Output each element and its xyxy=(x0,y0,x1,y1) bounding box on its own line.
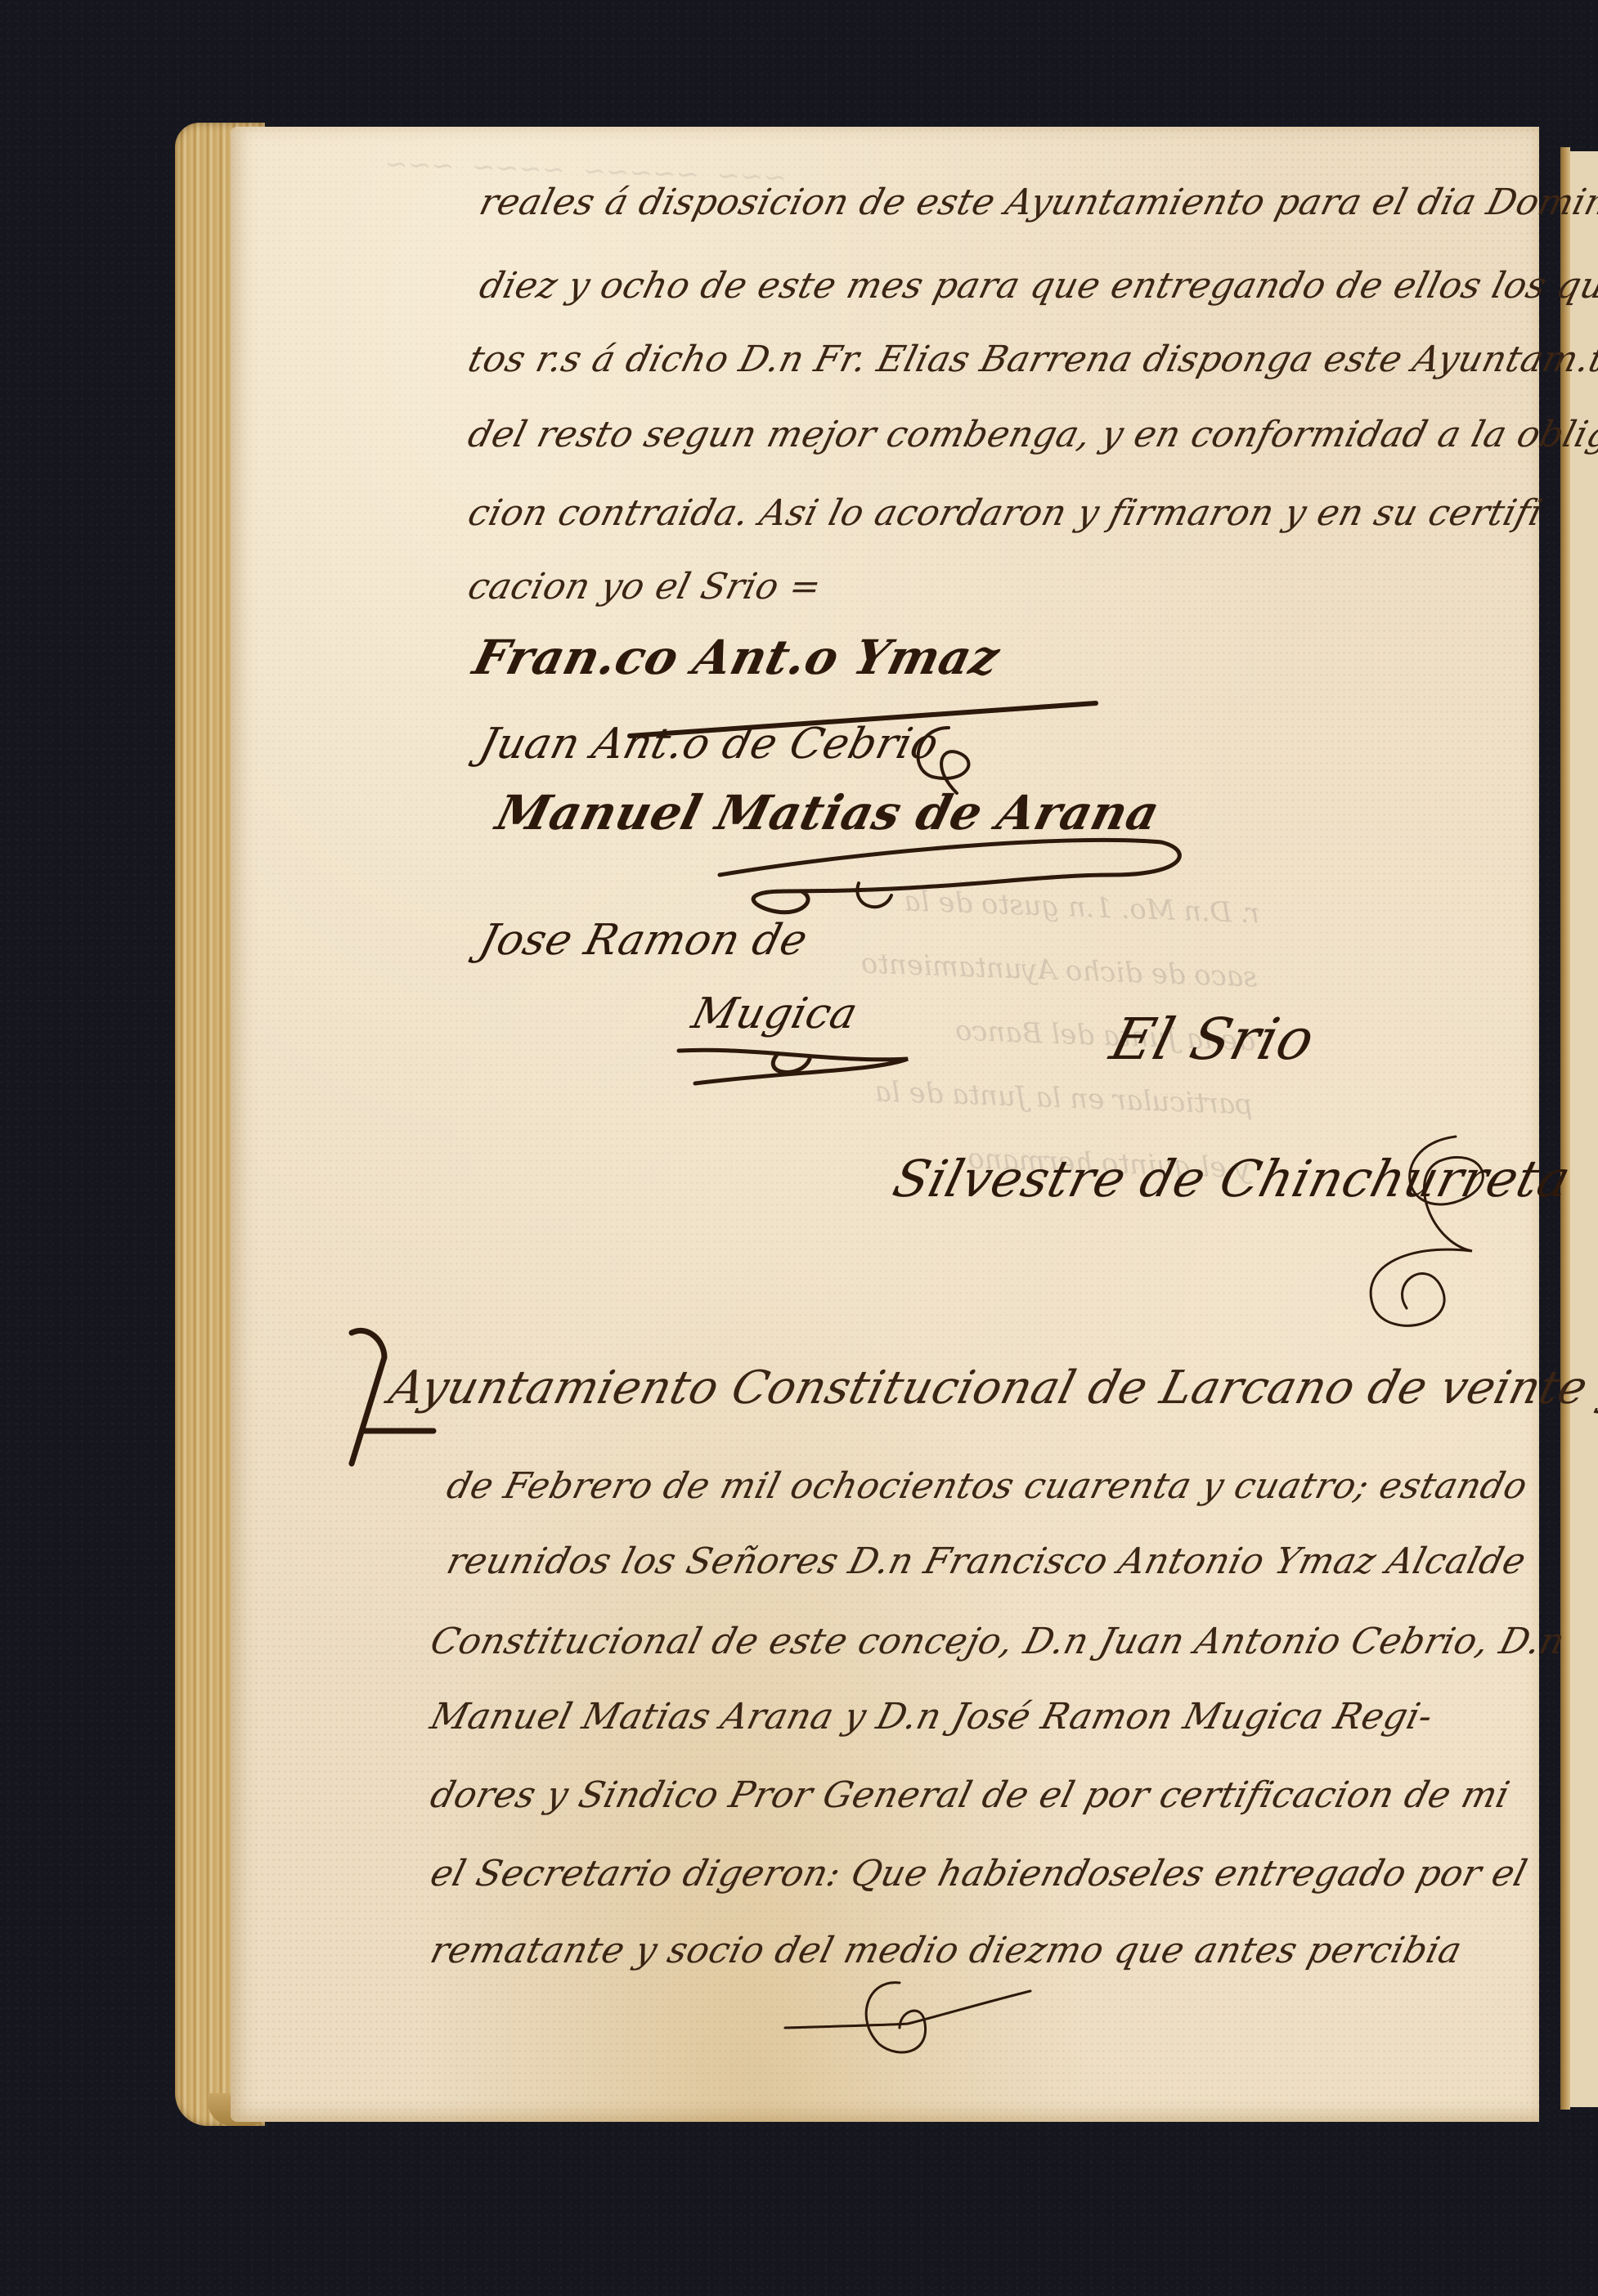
text-line: diez y ocho de este mes para que entrega… xyxy=(474,262,1598,311)
text-line: rematante y socio del medio diezmo que a… xyxy=(425,1926,1467,1975)
text-line: Constitucional de este concejo, D.n Juan… xyxy=(425,1617,1570,1666)
bottom-rubric xyxy=(777,1979,1055,2069)
text-line: el Secretario digeron: Que habiendoseles… xyxy=(425,1850,1533,1899)
text-line: reales á disposicion de este Ayuntamient… xyxy=(474,178,1598,227)
text-line: tos r.s á dicho D.n Fr. Elias Barrena di… xyxy=(463,335,1598,384)
signature-secretary-title: El Srio xyxy=(1104,1006,1322,1073)
minutes-heading-line: Ayuntamiento Constitucional de Larcano d… xyxy=(384,1364,1598,1413)
signature-mugica-line1: Jose Ramon de xyxy=(474,916,813,965)
text-line: cion contraida. Asi lo acordaron y firma… xyxy=(463,489,1547,538)
text-line: reunidos los Señores D.n Francisco Anton… xyxy=(442,1537,1531,1586)
signature-rubric xyxy=(703,826,1210,924)
text-line: del resto segun mejor combenga, y en con… xyxy=(463,410,1598,460)
text-line: Manuel Matias Arana y D.n José Ramon Mug… xyxy=(425,1693,1438,1742)
text-line: dores y Sindico Pror General de el por c… xyxy=(425,1771,1515,1820)
signature-ymaz: Fran.co Ant.o Ymaz xyxy=(468,630,1005,685)
signature-rubric xyxy=(1341,1128,1505,1341)
text-line: cacion yo el Srio = xyxy=(463,563,827,612)
signature-rubric xyxy=(671,1038,932,1096)
signature-mugica-line2: Mugica xyxy=(687,989,863,1038)
signature-cebrio: Juan Ant.o de Cebrio xyxy=(474,720,944,769)
text-line: de Febrero de mil ochocientos cuarenta y… xyxy=(442,1462,1533,1511)
